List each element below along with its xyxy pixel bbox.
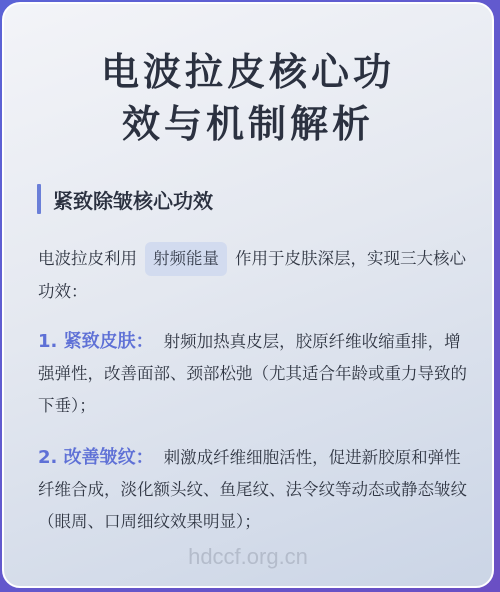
page-title-line-1: 电波拉皮核心功: [4, 46, 492, 98]
intro-text-before: 电波拉皮利用: [38, 249, 137, 268]
benefit-label-1: 1. 紧致皮肤：: [38, 331, 154, 352]
content-card: 电波拉皮核心功 效与机制解析 紧致除皱核心功效 电波拉皮利用射频能量作用于皮肤深…: [2, 2, 494, 588]
intro-paragraph: 电波拉皮利用射频能量作用于皮肤深层，实现三大核心功效：: [38, 242, 470, 308]
benefit-item-1: 1. 紧致皮肤：射频加热真皮层，胶原纤维收缩重排，增强弹性，改善面部、颈部松弛（…: [38, 326, 470, 422]
section-heading: 紧致除皱核心功效: [37, 184, 213, 214]
section-accent-bar: [37, 184, 41, 214]
page-title: 电波拉皮核心功 效与机制解析: [4, 46, 492, 150]
page-title-line-2: 效与机制解析: [4, 98, 492, 150]
watermark: hdccf.org.cn: [4, 544, 492, 570]
benefit-label-2: 2. 改善皱纹：: [38, 447, 154, 468]
section-title: 紧致除皱核心功效: [53, 185, 213, 214]
highlight-chip: 射频能量: [145, 242, 227, 276]
benefit-item-2: 2. 改善皱纹：刺激成纤维细胞活性，促进新胶原和弹性纤维合成，淡化额头纹、鱼尾纹…: [38, 442, 470, 538]
